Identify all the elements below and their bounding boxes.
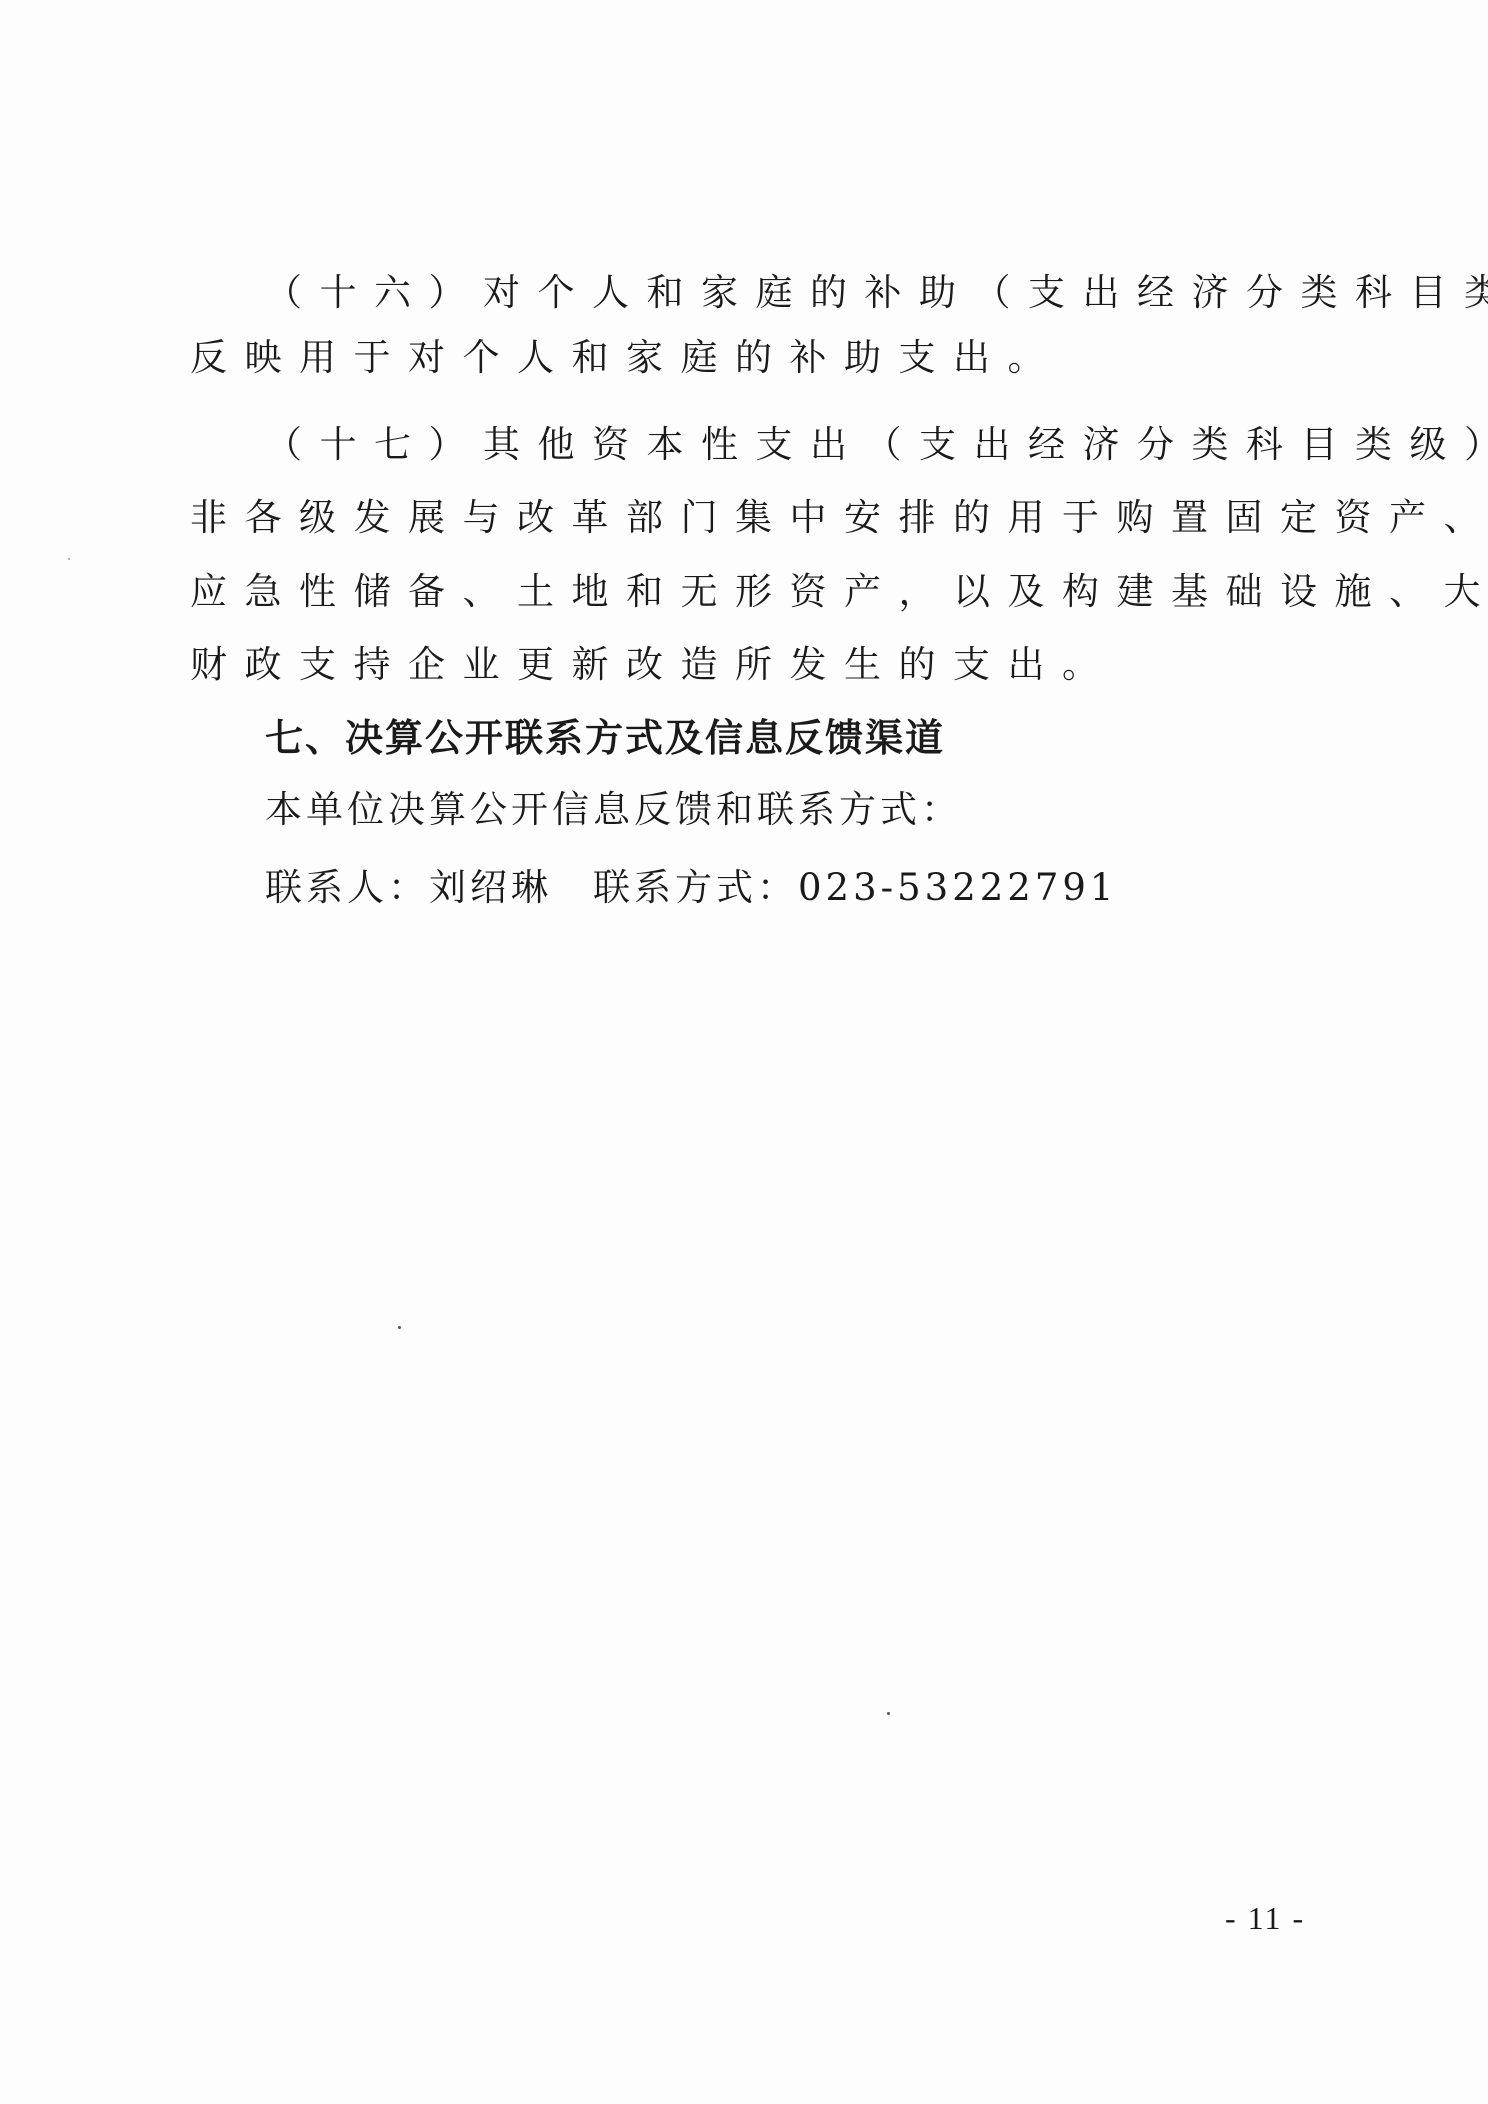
paragraph-17-line-3: 应急性储备、土地和无形资产，以及构建基础设施、大型修缮和	[190, 567, 1300, 617]
paragraph-17-line-2: 非各级发展与改革部门集中安排的用于购置固定资产、战略性和	[190, 493, 1300, 543]
paragraph-16-line-1: （十六）对个人和家庭的补助（支出经济分类科目类级）：	[265, 268, 1375, 318]
scan-speck	[398, 1326, 401, 1329]
contact-intro: 本单位决算公开信息反馈和联系方式：	[265, 785, 1375, 835]
paragraph-17-line-1: （十七）其他资本性支出（支出经济分类科目类级）：反映	[265, 420, 1375, 470]
page-number: - 11 -	[1225, 1900, 1305, 1937]
paragraph-16-line-2: 反映用于对个人和家庭的补助支出。	[190, 333, 1300, 383]
paragraph-17-line-4: 财政支持企业更新改造所发生的支出。	[190, 640, 1300, 690]
scan-speck	[887, 1712, 890, 1715]
contact-line: 联系人：刘绍琳 联系方式：023-53222791	[265, 863, 1375, 913]
scan-speck	[68, 558, 70, 560]
section-heading: 七、决算公开联系方式及信息反馈渠道	[265, 713, 1375, 763]
